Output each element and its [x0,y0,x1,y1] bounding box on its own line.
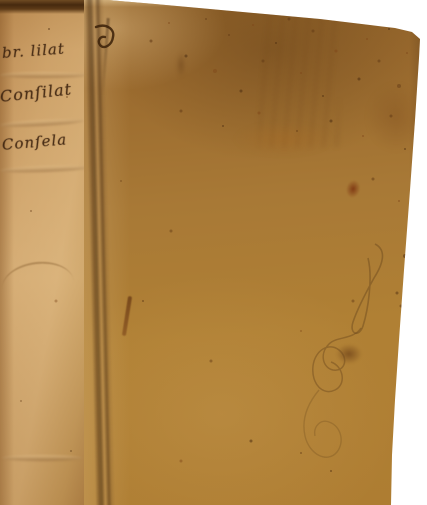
spine-crease [0,118,84,128]
spine-inscription-1: br. lilat [1,40,65,62]
photo-frame: br. lilat Conſilat Conſela [0,0,427,505]
spine-inscription-3: Conſela [1,130,68,154]
spine-crease [2,455,82,461]
red-brown-stain [341,178,365,211]
spine-arc-crease [0,258,77,312]
cover-monogram-flourish [279,238,399,473]
spine-crease [0,164,90,173]
tide-line-stain [234,122,334,156]
spine-crease [0,72,88,78]
tie-hook-mark [90,24,118,56]
front-cover [84,0,427,505]
foxing-speckles [0,0,2,2]
ink-slash-mark [122,296,132,336]
spine-inscription-2: Conſilat [0,79,73,105]
darkened-patch [366,82,426,152]
faint-smudge [176,52,186,78]
vellum-book: br. lilat Conſilat Conſela [0,0,427,505]
